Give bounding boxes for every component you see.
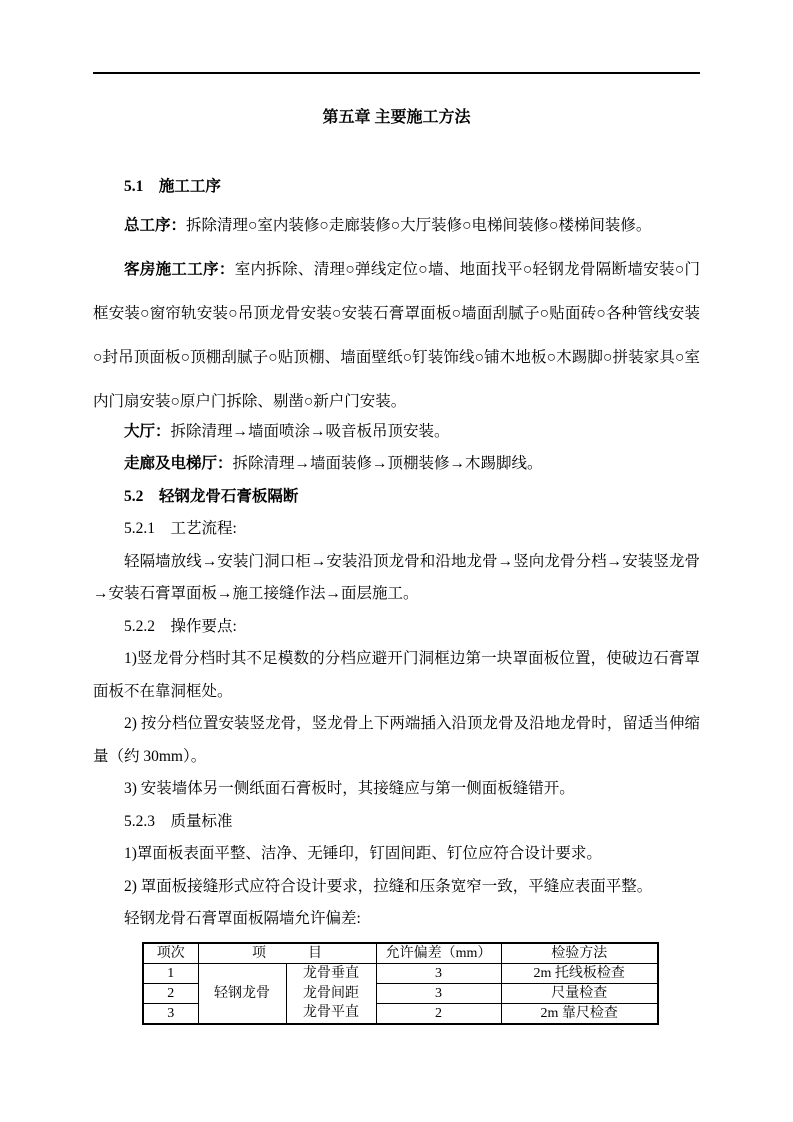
heading-5-2-2: 5.2.2 操作要点: (93, 611, 700, 644)
table-cell-no: 3 (143, 1003, 198, 1024)
paragraph-total-sequence: 总工序：拆除清理○室内装修○走廊装修○大厅装修○电梯间装修○楼梯间装修。 (93, 204, 700, 248)
header-rule (93, 72, 700, 74)
paragraph-operation-point-1: 1)竖龙骨分档时其不足模数的分档应避开门洞框边第一块罩面板位置，使破边石膏罩面板… (93, 643, 700, 708)
heading-5-2-1: 5.2.1 工艺流程: (93, 513, 700, 546)
paragraph-hall-sequence-lead: 大厅： (124, 423, 171, 440)
paragraph-corridor-sequence-text: 拆除清理→墙面装修→顶棚装修→木踢脚线。 (233, 455, 543, 472)
table-cell-item: 龙骨间距 (286, 983, 376, 1003)
paragraph-table-intro: 轻钢龙骨石膏罩面板隔墙允许偏差: (93, 903, 700, 936)
paragraph-operation-point-2: 2) 按分档位置安装竖龙骨，竖龙骨上下两端插入沿顶龙骨及沿地龙骨时，留适当伸缩量… (93, 708, 700, 773)
table-cell-merged-item: 轻钢龙骨 (198, 963, 286, 1024)
table-cell-method: 尺量检查 (501, 983, 658, 1003)
heading-5-2: 5.2 轻钢龙骨石膏板隔断 (93, 481, 700, 514)
table-cell-tolerance: 2 (376, 1003, 501, 1024)
paragraph-total-sequence-text: 拆除清理○室内装修○走廊装修○大厅装修○电梯间装修○楼梯间装修。 (186, 217, 651, 234)
table-header-tolerance: 允许偏差（mm） (376, 943, 501, 964)
table-cell-tolerance: 3 (376, 983, 501, 1003)
table-cell-method: 2m 托线板检查 (501, 963, 658, 983)
paragraph-corridor-sequence-lead: 走廊及电梯厅： (124, 455, 233, 472)
table-cell-method: 2m 靠尺检查 (501, 1003, 658, 1024)
paragraph-guestroom-sequence: 客房施工工序：室内拆除、清理○弹线定位○墙、地面找平○轻钢龙骨隔断墙安装○门框安… (93, 248, 700, 424)
paragraph-guestroom-sequence-lead: 客房施工工序： (124, 261, 235, 278)
heading-5-2-3: 5.2.3 质量标准 (93, 806, 700, 839)
table-cell-item: 龙骨垂直 (286, 963, 376, 983)
heading-5-1: 5.1 施工工序 (93, 171, 700, 204)
tolerance-table: 项次 项 目 允许偏差（mm） 检验方法 1 轻钢龙骨 龙骨垂直 3 2m 托线… (142, 942, 659, 1025)
table-header-item-no: 项次 (143, 943, 198, 964)
table-header-item: 项 目 (198, 943, 376, 964)
paragraph-hall-sequence: 大厅：拆除清理→墙面喷涂→吸音板吊顶安装。 (93, 416, 700, 449)
paragraph-total-sequence-lead: 总工序： (124, 217, 186, 234)
table-cell-no: 1 (143, 963, 198, 983)
paragraph-quality-1: 1)罩面板表面平整、洁净、无锤印，钉固间距、钉位应符合设计要求。 (93, 838, 700, 871)
table-cell-item: 龙骨平直 (286, 1003, 376, 1024)
paragraph-operation-point-3: 3) 安装墙体另一侧纸面石膏板时，其接缝应与第一侧面板缝错开。 (93, 773, 700, 806)
table-cell-no: 2 (143, 983, 198, 1003)
table-header-method: 检验方法 (501, 943, 658, 964)
table-cell-tolerance: 3 (376, 963, 501, 983)
page-content: 第五章 主要施工方法 5.1 施工工序 总工序：拆除清理○室内装修○走廊装修○大… (93, 0, 700, 1025)
table-row: 1 轻钢龙骨 龙骨垂直 3 2m 托线板检查 (143, 963, 658, 983)
paragraph-hall-sequence-text: 拆除清理→墙面喷涂→吸音板吊顶安装。 (171, 423, 450, 440)
paragraph-process-flow: 轻隔墙放线→安装门洞口柜→安装沿顶龙骨和沿地龙骨→竖向龙骨分档→安装竖龙骨→安装… (93, 546, 700, 611)
paragraph-corridor-sequence: 走廊及电梯厅：拆除清理→墙面装修→顶棚装修→木踢脚线。 (93, 448, 700, 481)
table-header-row: 项次 项 目 允许偏差（mm） 检验方法 (143, 943, 658, 964)
document-page: 第五章 主要施工方法 5.1 施工工序 总工序：拆除清理○室内装修○走廊装修○大… (0, 0, 793, 1122)
chapter-title: 第五章 主要施工方法 (93, 107, 700, 129)
paragraph-quality-2: 2) 罩面板接缝形式应符合设计要求，拉缝和压条宽窄一致，平缝应表面平整。 (93, 871, 700, 904)
paragraph-guestroom-sequence-text: 室内拆除、清理○弹线定位○墙、地面找平○轻钢龙骨隔断墙安装○门框安装○窗帘轨安装… (93, 261, 700, 410)
